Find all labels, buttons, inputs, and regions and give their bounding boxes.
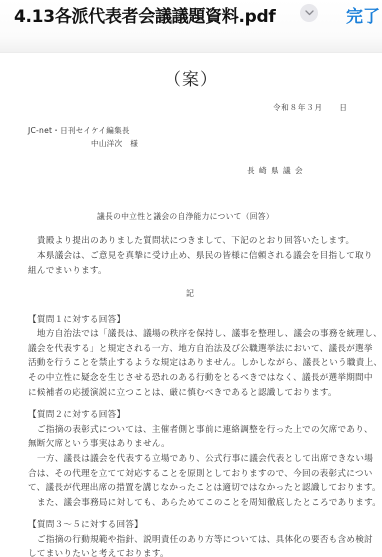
section-line: 合は、その代理を立てて対応することを原則としておりますので、今回の表彰式につい [28,468,373,480]
recipient-org: JC-net・日刊セイケイ編集長 [28,125,130,137]
section-line: また、議会事務局に対しても、あらためてこのことを周知徹底したところであります。 [37,497,381,509]
section-heading: 【質問２に対する回答】 [28,409,125,421]
document-date: 令和８年３月 日 [273,102,348,114]
section-line: 議会を代表する」と規定される一方、地方自治法及び公職選挙法において、議長が選挙 [28,343,373,355]
intro-line: 本県議会は、ご意見を真摯に受け止め、県民の皆様に信頼される議会を目指して取り [37,250,373,262]
intro-line: 組んでまいります。 [28,265,107,277]
section-line: に候補者の応援演説に立つことは、厳に慎むべきであると認識しております。 [28,387,337,399]
section-line: 地方自治法では「議長は、議場の秩序を保持し、議事を整理し、議会の事務を統理し、 [37,328,382,340]
section-line: 一方、議長は議会を代表する立場であり、公式行事に議会代表として出席できない場 [37,453,373,465]
draft-mark: （案） [0,69,382,91]
section-line: してまいりたいと考えております。 [28,548,169,557]
section-heading: 【質問３～５に対する回答】 [28,519,143,531]
section-line: その中立性に疑念を生じさせる恐れのある行動をとるべきではなく、議長が選挙期間中 [28,372,373,384]
chevron-down-icon [305,10,314,16]
section-line: 無断欠席という事実はありません。 [28,438,170,450]
intro-line: 貴殿より提出のありました質問状につきまして、下記のとおり回答いたします。 [37,235,354,247]
pdf-viewer-header: 4.13各派代表者会議議題資料.pdf 完了 [0,0,382,53]
title-menu-button[interactable] [300,4,318,22]
done-button[interactable]: 完了 [346,2,380,27]
pdf-page[interactable]: （案） 令和８年３月 日 JC-net・日刊セイケイ編集長 中山洋次 様 長 崎… [0,54,382,557]
section-line: ご指摘の表彰式については、主催者側と事前に連絡調整を行った上での欠席であり、 [37,424,373,436]
ki-mark: 記 [186,288,194,300]
document-subject: 議長の中立性と議会の自浄能力について（回答） [97,211,274,223]
recipient-name: 中山洋次 様 [91,138,138,150]
sender-name: 長 崎 県 議 会 [247,165,304,177]
section-line: て、議長が代理出席の措置を講じなかったことは適切ではなかったと認識しております。 [28,482,381,494]
section-line: ご指摘の行動規範や指針、説明責任のあり方等については、具体化の要否も含め検討 [37,534,373,546]
document-title[interactable]: 4.13各派代表者会議議題資料.pdf [14,2,275,27]
section-heading: 【質問１に対する回答】 [28,314,125,326]
section-line: 活動を行うことを禁止するような規定はありません。しかしながら、議長という職責上、 [28,357,382,369]
